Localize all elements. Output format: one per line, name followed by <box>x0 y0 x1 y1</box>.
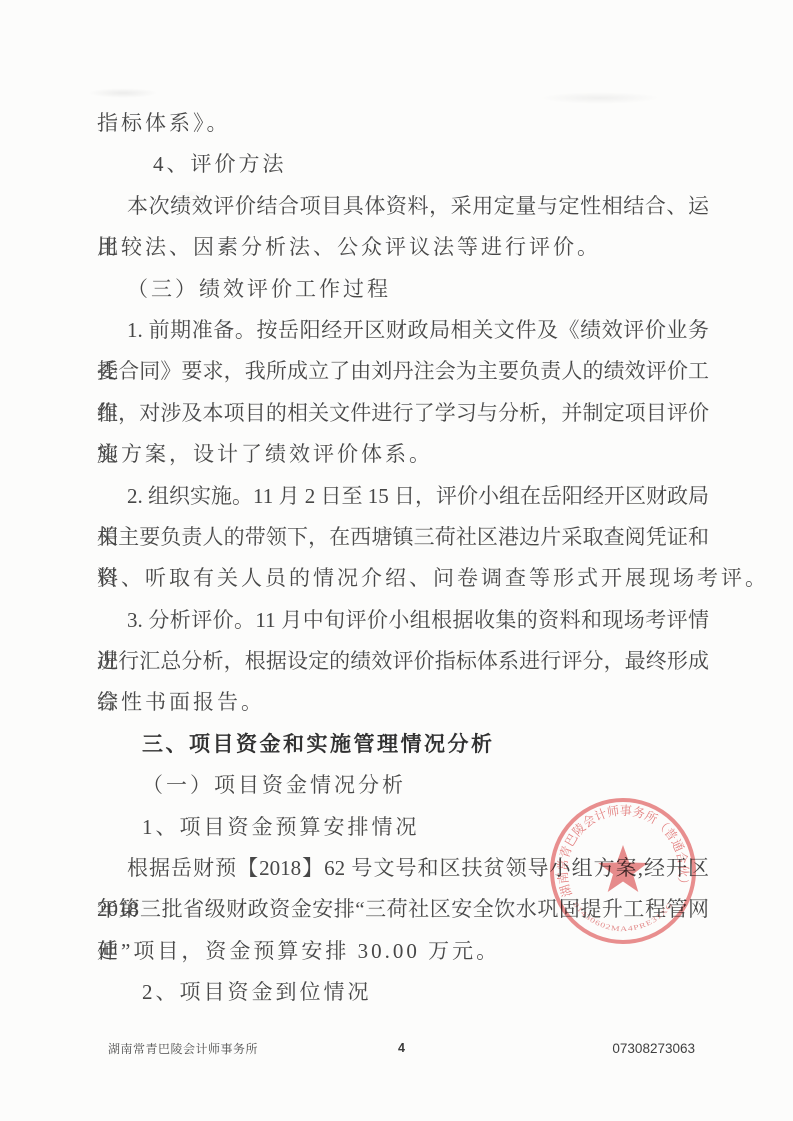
text-line: （一）项目资金情况分析 <box>97 765 709 806</box>
text-line: 指标体系》。 <box>97 103 709 144</box>
text-line: 本次绩效评价结合项目具体资料，采用定量与定性相结合、运用 <box>97 186 709 227</box>
footer-phone-number: 07308273063 <box>612 1041 695 1056</box>
text-line: 1. 前期准备。按岳阳经开区财政局相关文件及《绩效评价业务委 <box>97 310 709 351</box>
text-line: 比较法、因素分析法、公众评议法等进行评价。 <box>97 227 709 268</box>
text-line: 伸”项目，资金预算安排 30.00 万元。 <box>97 931 709 972</box>
text-line: 合性书面报告。 <box>97 682 709 723</box>
text-line: 施方案，设计了绩效评价体系。 <box>97 434 709 475</box>
text-line: 托合同》要求，我所成立了由刘丹注会为主要负责人的绩效评价工作 <box>97 351 709 392</box>
text-line: 4、评价方法 <box>97 144 709 185</box>
text-line: 1、项目资金预算安排情况 <box>97 807 709 848</box>
text-line: 根据岳财预【2018】62 号文号和区扶贫领导小组方案,经开区 2018 <box>97 848 709 889</box>
footer-page-number: 4 <box>398 1041 405 1055</box>
text-line: 关主要负责人的带领下，在西塘镇三荷社区港边片采取查阅凭证和资 <box>97 517 709 558</box>
text-line: 进行汇总分析，根据设定的绩效评价指标体系进行评分，最终形成综 <box>97 641 709 682</box>
text-line: 料、听取有关人员的情况介绍、问卷调查等形式开展现场考评。 <box>97 558 709 599</box>
text-line: 2、项目资金到位情况 <box>97 972 709 1013</box>
scan-noise <box>88 88 158 98</box>
text-line: 三、项目资金和实施管理情况分析 <box>97 724 709 765</box>
page: { "document": { "body_lines": [ {"text":… <box>0 0 793 1121</box>
text-line: 3. 分析评价。11 月中旬评价小组根据收集的资料和现场考评情况 <box>97 600 709 641</box>
page-footer: 湖南常青巴陵会计师事务所 4 07308273063 <box>108 1038 695 1058</box>
text-line: 2. 组织实施。11 月 2 日至 15 日，评价小组在岳阳经开区财政局相 <box>97 476 709 517</box>
document-body: 指标体系》。4、评价方法本次绩效评价结合项目具体资料，采用定量与定性相结合、运用… <box>97 103 709 1014</box>
text-line: 年第三批省级财政资金安排“三荷社区安全饮水巩固提升工程管网延 <box>97 889 709 930</box>
footer-firm-name: 湖南常青巴陵会计师事务所 <box>108 1040 258 1057</box>
text-line: 组，对涉及本项目的相关文件进行了学习与分析，并制定项目评价实 <box>97 393 709 434</box>
text-line: （三）绩效评价工作过程 <box>97 269 709 310</box>
